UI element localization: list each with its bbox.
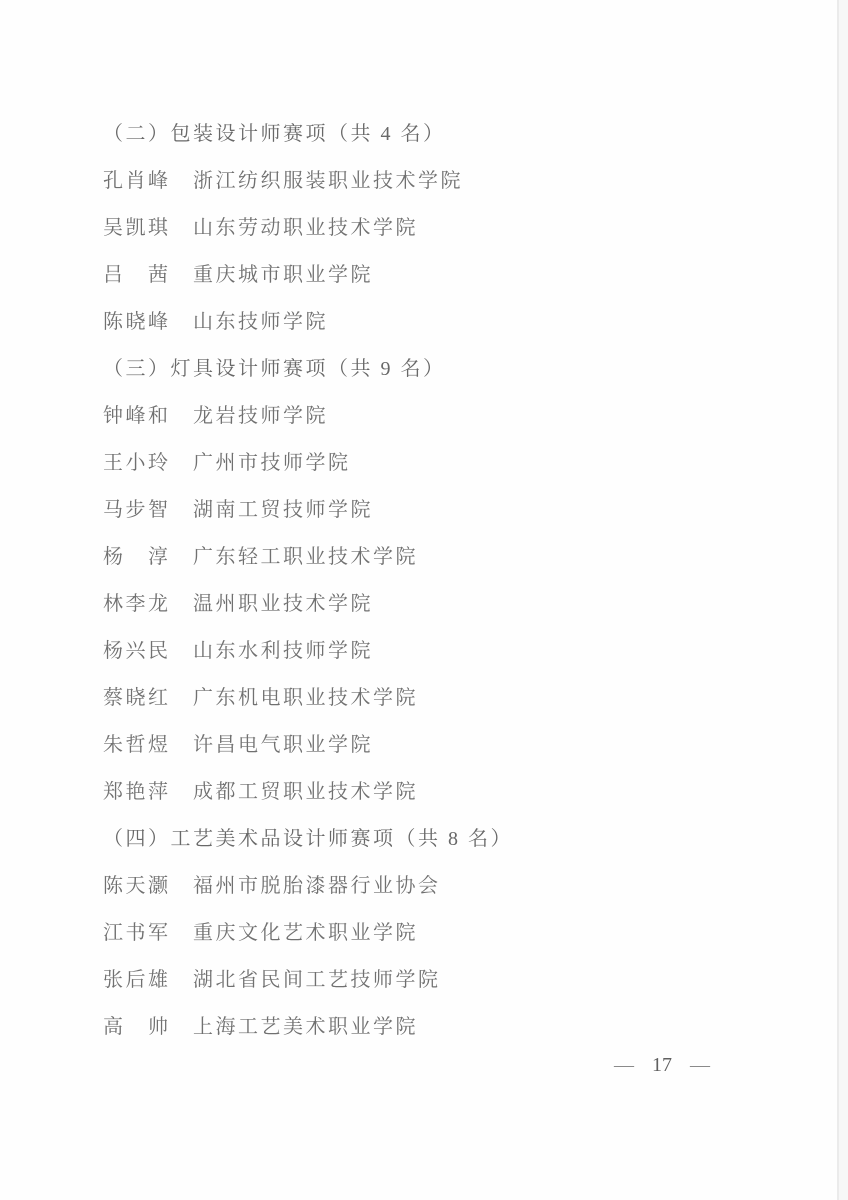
award-entry: 张后雄 湖北省民间工艺技师学院: [103, 954, 513, 1001]
award-entry: 吕 茜 重庆城市职业学院: [103, 249, 513, 296]
scan-edge-line: [837, 0, 839, 1200]
awardee-name: 杨兴民: [103, 634, 173, 663]
institution-name: 福州市脱胎漆器行业协会: [193, 869, 441, 898]
section-heading-text: （二）包装设计师赛项（共 4 名）: [103, 117, 446, 146]
institution-name: 湖北省民间工艺技师学院: [193, 963, 441, 992]
section-heading: （四）工艺美术品设计师赛项（共 8 名）: [103, 813, 513, 860]
award-entry: 马步智 湖南工贸技师学院: [103, 484, 513, 531]
institution-name: 湖南工贸技师学院: [193, 493, 373, 522]
awardee-name: 陈天灏: [103, 869, 173, 898]
document-page: （二）包装设计师赛项（共 4 名） 孔肖峰 浙江纺织服装职业技术学院 吴凯琪 山…: [0, 0, 848, 1200]
awardee-name: 高 帅: [103, 1010, 173, 1039]
award-entry: 蔡晓红 广东机电职业技术学院: [103, 672, 513, 719]
institution-name: 重庆文化艺术职业学院: [193, 916, 418, 945]
award-entry: 吴凯琪 山东劳动职业技术学院: [103, 202, 513, 249]
awardee-name: 蔡晓红: [103, 681, 173, 710]
award-entry: 孔肖峰 浙江纺织服装职业技术学院: [103, 155, 513, 202]
institution-name: 广东机电职业技术学院: [193, 681, 418, 710]
footer-dash-left: —: [614, 1054, 634, 1077]
award-entry: 杨兴民 山东水利技师学院: [103, 625, 513, 672]
section-heading: （二）包装设计师赛项（共 4 名）: [103, 108, 513, 155]
institution-name: 龙岩技师学院: [193, 399, 328, 428]
page-number: 17: [652, 1054, 672, 1077]
award-entry: 陈天灏 福州市脱胎漆器行业协会: [103, 860, 513, 907]
institution-name: 山东水利技师学院: [193, 634, 373, 663]
awardee-name: 孔肖峰: [103, 164, 173, 193]
award-entry: 郑艳萍 成都工贸职业技术学院: [103, 766, 513, 813]
award-list: （二）包装设计师赛项（共 4 名） 孔肖峰 浙江纺织服装职业技术学院 吴凯琪 山…: [103, 108, 513, 1048]
institution-name: 成都工贸职业技术学院: [193, 775, 418, 804]
scan-edge-shade: [839, 0, 848, 1200]
award-entry: 陈晓峰 山东技师学院: [103, 296, 513, 343]
awardee-name: 吴凯琪: [103, 211, 173, 240]
institution-name: 广州市技师学院: [193, 446, 351, 475]
institution-name: 山东技师学院: [193, 305, 328, 334]
institution-name: 温州职业技术学院: [193, 587, 373, 616]
award-entry: 朱哲煜 许昌电气职业学院: [103, 719, 513, 766]
award-entry: 王小玲 广州市技师学院: [103, 437, 513, 484]
awardee-name: 杨 淳: [103, 540, 173, 569]
award-entry: 杨 淳 广东轻工职业技术学院: [103, 531, 513, 578]
section-heading-text: （三）灯具设计师赛项（共 9 名）: [103, 352, 446, 381]
award-entry: 林李龙 温州职业技术学院: [103, 578, 513, 625]
institution-name: 许昌电气职业学院: [193, 728, 373, 757]
award-entry: 江书军 重庆文化艺术职业学院: [103, 907, 513, 954]
institution-name: 山东劳动职业技术学院: [193, 211, 418, 240]
section-heading: （三）灯具设计师赛项（共 9 名）: [103, 343, 513, 390]
awardee-name: 江书军: [103, 916, 173, 945]
institution-name: 广东轻工职业技术学院: [193, 540, 418, 569]
awardee-name: 朱哲煜: [103, 728, 173, 757]
page-footer: — 17 —: [0, 1048, 848, 1082]
awardee-name: 张后雄: [103, 963, 173, 992]
section-heading-text: （四）工艺美术品设计师赛项（共 8 名）: [103, 822, 513, 851]
awardee-name: 陈晓峰: [103, 305, 173, 334]
institution-name: 重庆城市职业学院: [193, 258, 373, 287]
institution-name: 上海工艺美术职业学院: [193, 1010, 418, 1039]
awardee-name: 吕 茜: [103, 258, 173, 287]
institution-name: 浙江纺织服装职业技术学院: [193, 164, 463, 193]
footer-dash-right: —: [690, 1054, 710, 1077]
awardee-name: 林李龙: [103, 587, 173, 616]
award-entry: 高 帅 上海工艺美术职业学院: [103, 1001, 513, 1048]
awardee-name: 王小玲: [103, 446, 173, 475]
awardee-name: 钟峰和: [103, 399, 173, 428]
awardee-name: 马步智: [103, 493, 173, 522]
awardee-name: 郑艳萍: [103, 775, 173, 804]
award-entry: 钟峰和 龙岩技师学院: [103, 390, 513, 437]
